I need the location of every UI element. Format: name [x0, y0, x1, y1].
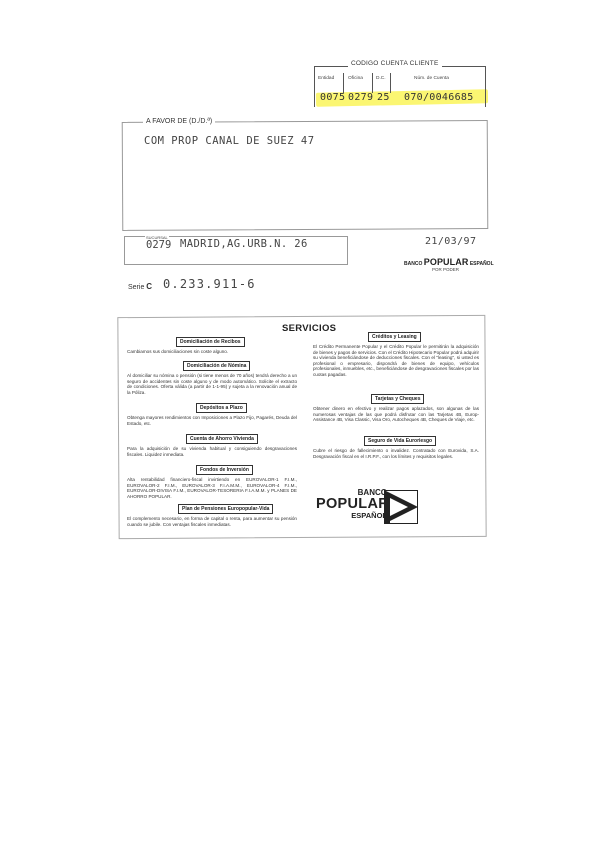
- bank-main: POPULAR: [424, 257, 469, 267]
- service-body: Cambiamos sus domiciliaciones sin coste …: [127, 349, 297, 355]
- serie-label: Serie C: [128, 282, 152, 291]
- logo-espanol: ESPAÑOL: [316, 511, 389, 521]
- account-code-title: CODIGO CUENTA CLIENTE: [348, 60, 442, 67]
- service-body: Para la adquisición de su vivienda habit…: [127, 446, 297, 457]
- serie-text: Serie: [128, 284, 144, 291]
- service-heading: Domiciliación de Nómina: [183, 361, 250, 371]
- dc-value: 25: [377, 92, 390, 103]
- service-body: Obtenga mayores rendimientos con Imposic…: [127, 415, 297, 426]
- por-poder-label: POR PODER: [432, 267, 459, 272]
- service-body: Obtener dinero en efectivo y realizar pa…: [313, 406, 479, 423]
- branch-name: MADRID,AG.URB.N. 26: [180, 238, 308, 250]
- bank-logo-text: BANCO POPULAR ESPAÑOL: [316, 488, 389, 521]
- service-heading: Tarjetas y Cheques: [371, 394, 424, 404]
- oficina-label: Oficina: [348, 76, 363, 81]
- oficina-value: 0279: [348, 92, 373, 103]
- entidad-label: Entidad: [318, 76, 334, 81]
- separator: [372, 73, 373, 93]
- num-cuenta-label: Núm. de Cuenta: [414, 76, 449, 81]
- serie-letter: C: [146, 282, 152, 291]
- service-heading: Depósitos a Plazo: [196, 403, 247, 413]
- service-heading: Créditos y Leasing: [368, 332, 421, 342]
- issue-date: 21/03/97: [425, 236, 476, 247]
- logo-popular: POPULAR: [316, 498, 389, 511]
- branch-code: 0279: [146, 239, 171, 251]
- bank-signature: BANCO POPULAR ESPAÑOL: [404, 257, 494, 267]
- serie-number: 0.233.911-6: [163, 277, 256, 291]
- dc-label: D.C.: [376, 76, 386, 81]
- service-heading: Cuenta de Ahorro Vivienda: [186, 434, 258, 444]
- service-heading: Plan de Pensiones Europopular-Vida: [178, 504, 273, 514]
- payee-value: COM PROP CANAL DE SUEZ 47: [144, 135, 315, 147]
- entidad-value: 0075: [320, 92, 345, 103]
- service-heading: Domiciliación de Recibos: [176, 337, 245, 347]
- service-body: Cubre el riesgo de fallecimiento o inval…: [313, 448, 479, 459]
- service-heading: Seguro de Vida Euroriesgo: [364, 436, 436, 446]
- separator: [390, 73, 391, 93]
- service-heading: Fondos de Inversión: [196, 465, 253, 475]
- service-body: Al domiciliar su nómina o pensión (si ti…: [127, 373, 297, 395]
- bank-suffix: ESPAÑOL: [470, 261, 494, 267]
- bank-prefix: BANCO: [404, 261, 422, 267]
- services-title: SERVICIOS: [282, 323, 336, 334]
- service-body: Alta rentabilidad financiero-fiscal invi…: [127, 477, 297, 499]
- service-body: El complemento necesario, en forma de ca…: [127, 516, 297, 527]
- payee-label: A FAVOR DE (D./D.ª): [143, 118, 215, 125]
- service-body: El Crédito Permanente Popular y el Crédi…: [313, 344, 479, 378]
- separator: [343, 73, 344, 93]
- num-cuenta-value: 070/0046685: [404, 92, 474, 103]
- bank-logo-icon: [384, 490, 418, 524]
